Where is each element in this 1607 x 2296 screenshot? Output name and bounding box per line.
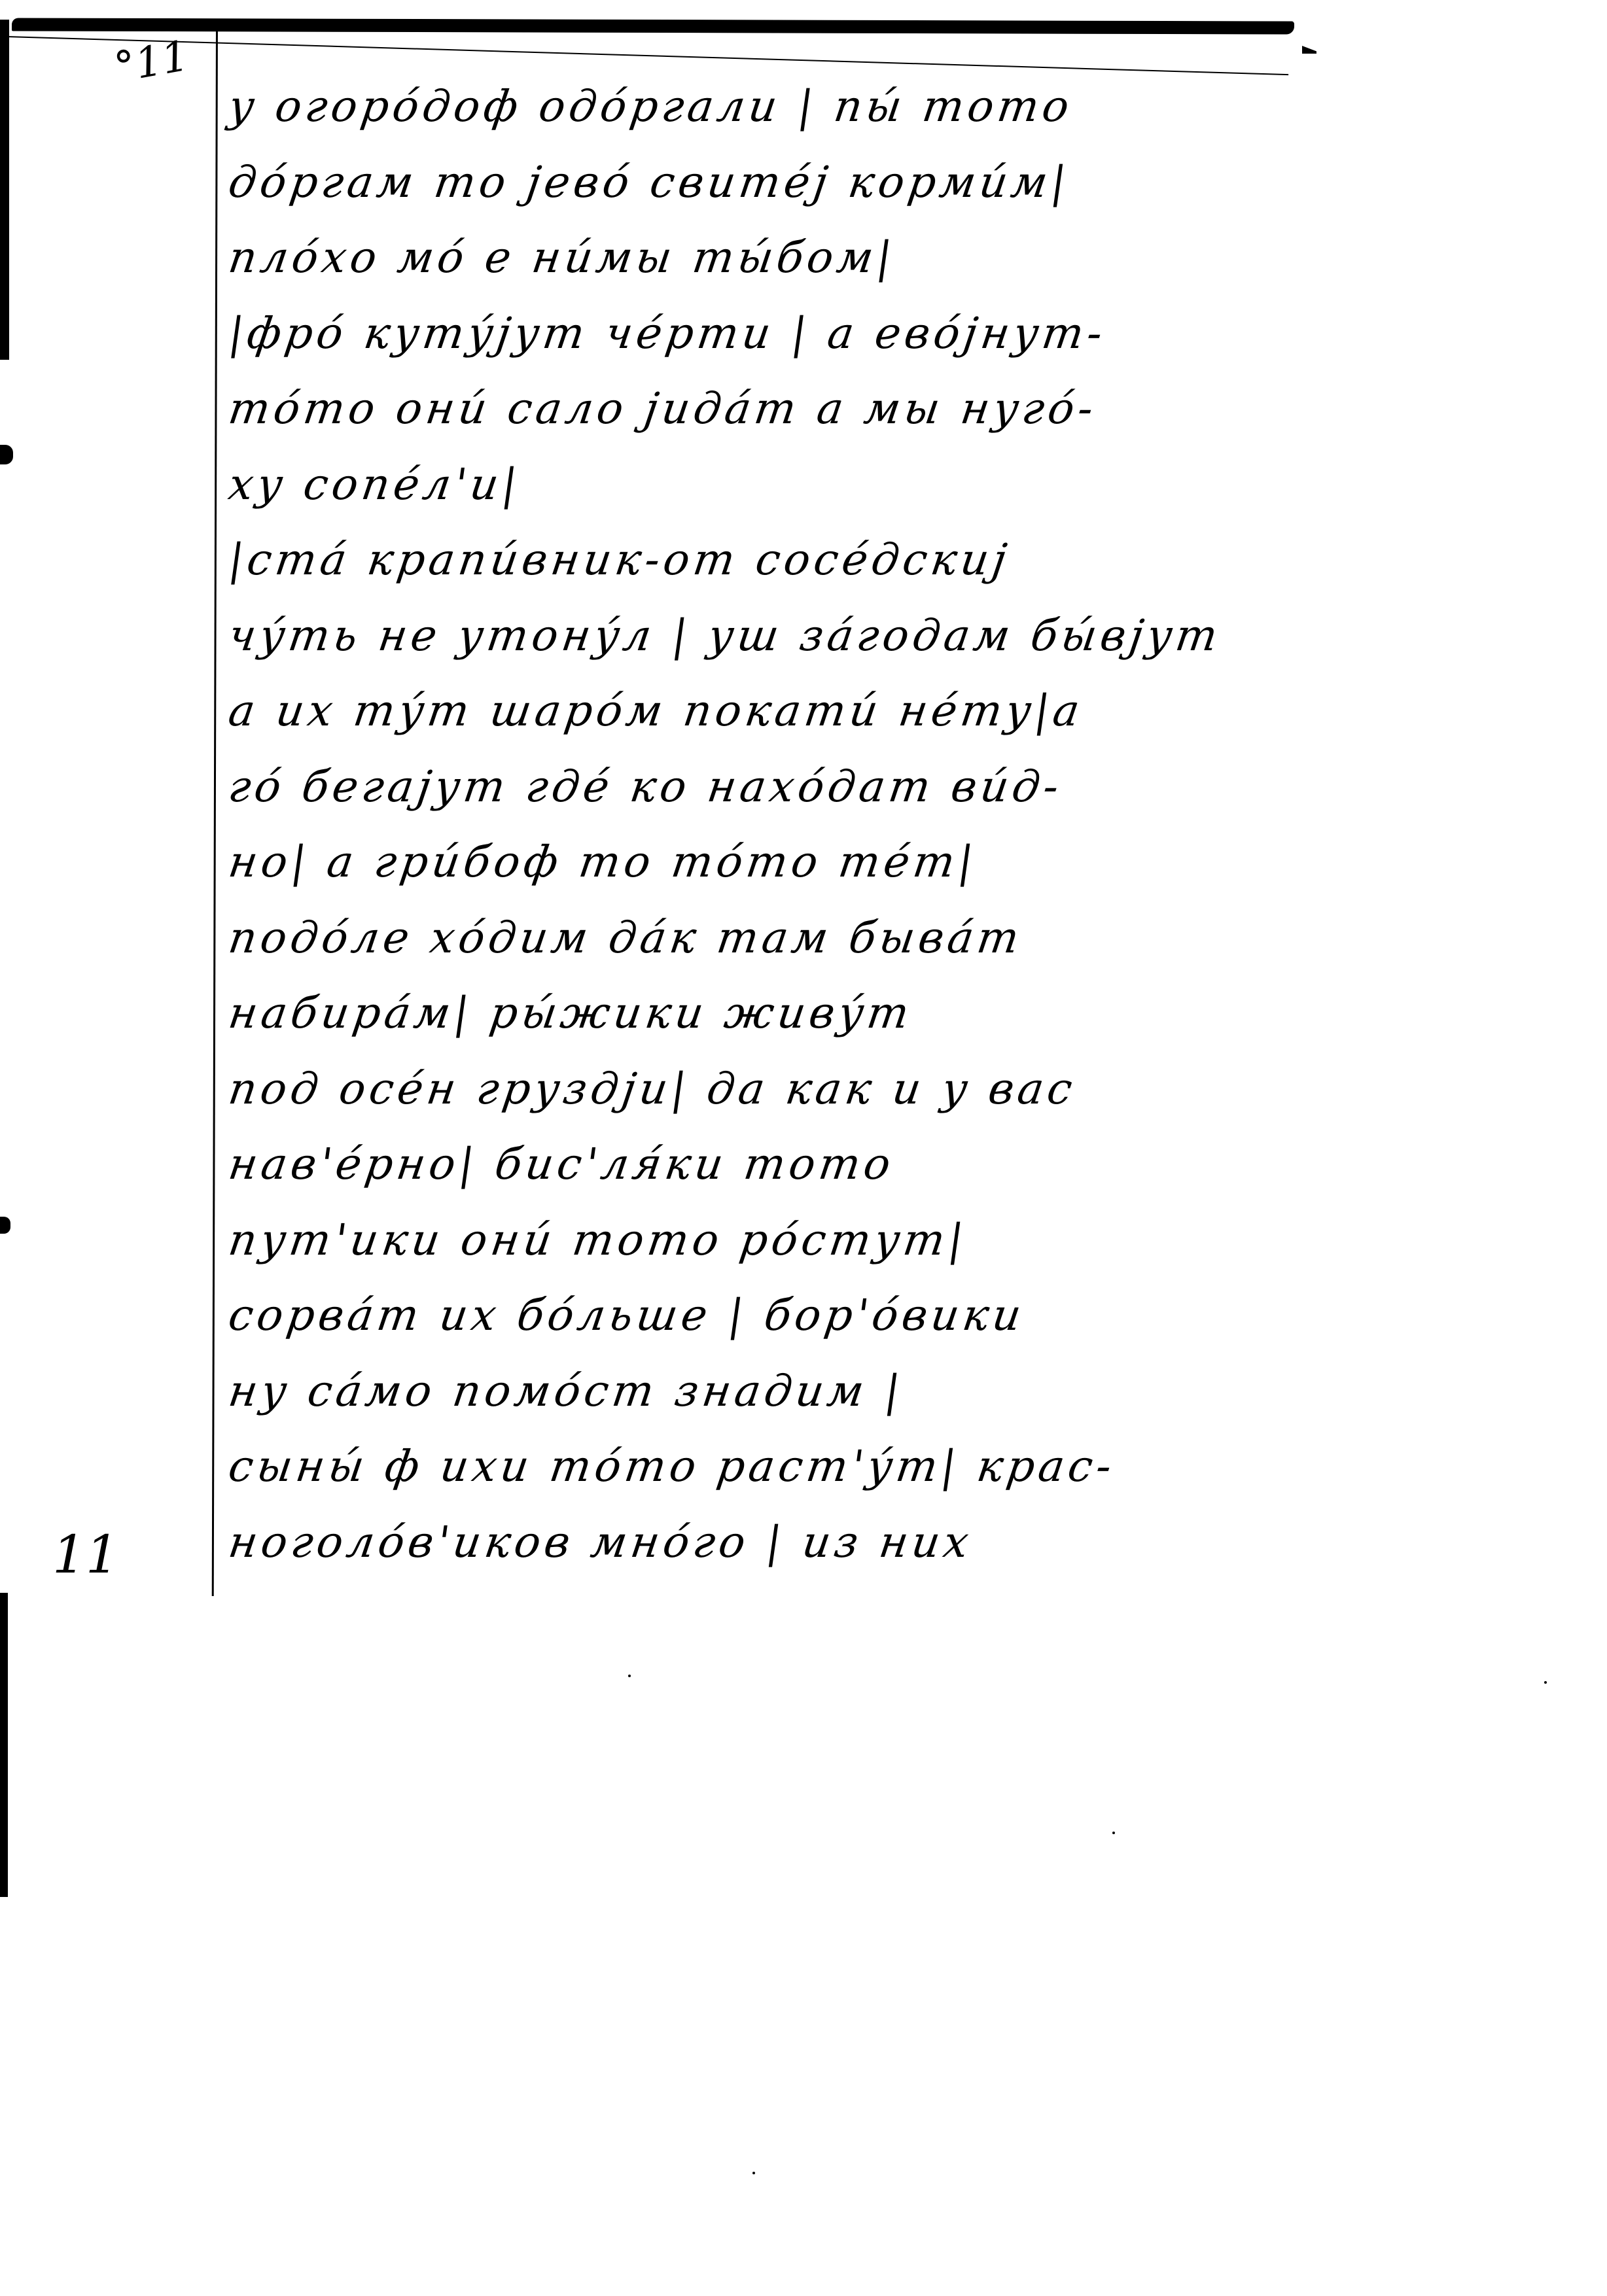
margin-note-bottom: 11 <box>52 1524 119 1585</box>
text-line: го́ бегаjут гдé ко нахо́дат ви́д- <box>224 749 1307 825</box>
text-line: у огоро́доф одо́ргали | пы́ тото <box>224 69 1307 145</box>
scan-artifact <box>0 445 13 464</box>
margin-rule-line <box>212 26 218 1596</box>
text-line: |фро́ куту́jут че́рти | а ево́jнут- <box>224 296 1307 372</box>
text-line: до́ргам то jево́ свитéj корми́м| <box>224 145 1307 220</box>
text-line: ху сопе́л'и| <box>224 447 1307 523</box>
scan-left-edge-bar <box>0 20 9 360</box>
text-line: под осе́н груздjи| да как и у вас <box>224 1051 1307 1127</box>
text-line: но| а гри́боф то то́то те́т| <box>224 824 1307 900</box>
text-line: сыны́ ф ихи то́то раст'у́т| крас- <box>224 1429 1307 1505</box>
text-line: то́то они́ сало jида́т а мы нуго́- <box>224 371 1307 447</box>
scan-artifact <box>0 1217 10 1234</box>
scan-speck <box>1112 1832 1115 1834</box>
scan-speck <box>628 1675 631 1677</box>
margin-note-top: °11 <box>111 32 192 93</box>
text-line: пут'ики они́ тото ро́стут| <box>224 1202 1307 1278</box>
text-line: пло́хо мо́ е ни́мы ты́бом| <box>224 220 1307 296</box>
text-line: ну са́мо помо́ст знадим | <box>224 1353 1307 1429</box>
text-line: ноголо́в'иков мно́го | из них <box>224 1505 1307 1580</box>
text-line: |ста́ крапи́вник-от сосе́дскиj <box>224 522 1307 598</box>
scan-speck <box>1544 1681 1547 1684</box>
scan-speck <box>752 2172 755 2174</box>
text-line: сорва́т их бо́льше | бор'о́вики <box>224 1278 1307 1353</box>
scan-top-edge-bar <box>12 18 1294 34</box>
scan-artifact <box>1302 46 1316 54</box>
text-line: набира́м| ры́жики живу́т <box>224 975 1307 1051</box>
handwritten-text-block: у огоро́доф одо́ргали | пы́ тото до́ргам… <box>229 69 1302 1580</box>
text-line: подо́ле хо́дим да́к там быва́т <box>224 900 1307 976</box>
text-line: нав'éрно| бис'ля́ки тото <box>224 1126 1307 1202</box>
text-line: а их ту́т шаро́м покати́ не́ту|а <box>224 673 1307 749</box>
scanned-page: °11 11 у огоро́доф одо́ргали | пы́ тото … <box>0 0 1607 2296</box>
text-line: чу́ть не утону́л | уш за́годам бы́вjут <box>224 598 1307 674</box>
scan-left-edge-bar <box>0 1593 8 1897</box>
